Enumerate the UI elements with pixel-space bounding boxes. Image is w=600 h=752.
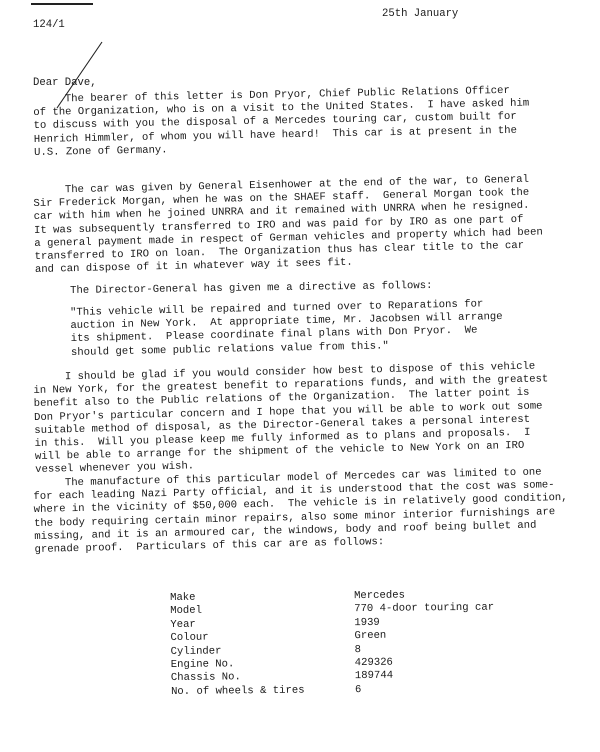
particular-value: Mercedes bbox=[354, 590, 405, 604]
paragraph-history: The car was given by General Eisenhower … bbox=[33, 172, 595, 277]
paragraph-intro: The bearer of this letter is Don Pryor, … bbox=[33, 83, 594, 160]
particular-value: Green bbox=[354, 630, 386, 644]
paragraph-description: The manufacture of this particular model… bbox=[33, 465, 595, 557]
directive-quote: "This vehicle will be repaired and turne… bbox=[70, 298, 503, 360]
reference-number: 124/1 bbox=[33, 19, 65, 32]
car-particulars: MakeMercedes Model770 4-door touring car… bbox=[170, 589, 495, 700]
salutation: Dear Dave, bbox=[33, 77, 97, 90]
header-rule bbox=[31, 3, 93, 5]
particular-value: 429326 bbox=[355, 657, 393, 671]
particular-value: 189744 bbox=[355, 670, 393, 684]
letter-date: 25th January bbox=[382, 8, 458, 21]
particular-row: No. of wheels & tires6 bbox=[171, 682, 495, 699]
letter-page: 124/1 25th January Dear Dave, The bearer… bbox=[0, 0, 600, 752]
particular-value: 770 4-door touring car bbox=[354, 602, 494, 617]
particular-value: 1939 bbox=[354, 617, 380, 631]
paragraph-directive-intro: The Director-General has given me a dire… bbox=[70, 277, 600, 298]
particular-value: 6 bbox=[355, 684, 361, 697]
particular-label: No. of wheels & tires bbox=[171, 684, 355, 699]
particular-value: 8 bbox=[355, 644, 361, 657]
paragraph-request: I should be glad if you would consider h… bbox=[33, 359, 595, 477]
